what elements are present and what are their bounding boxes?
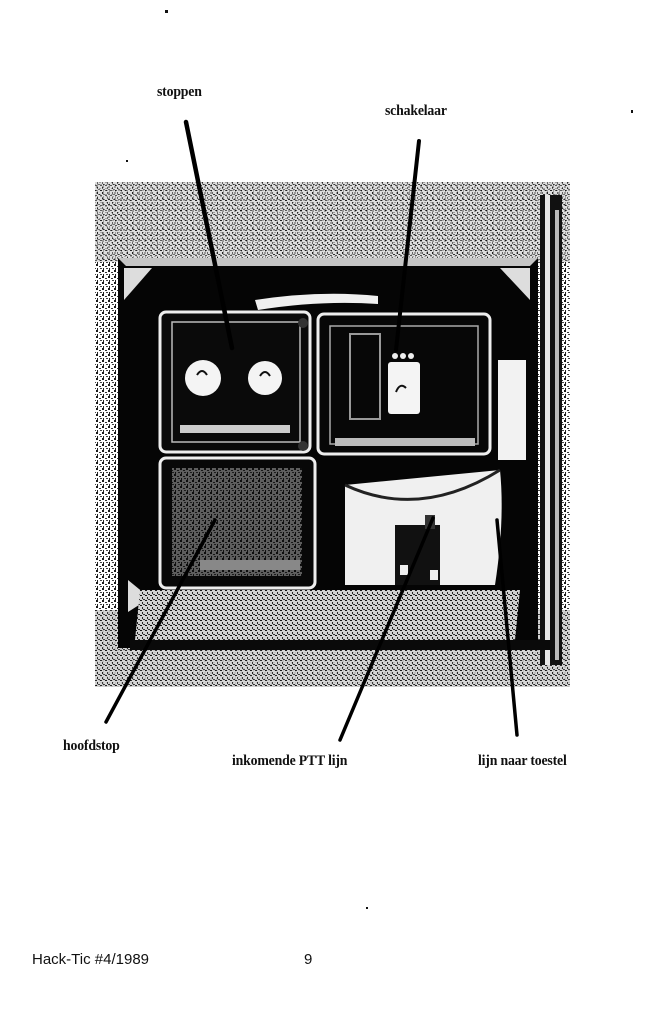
label-schakelaar: schakelaar <box>385 103 447 120</box>
scan-speck <box>126 160 128 162</box>
scan-speck <box>165 10 168 13</box>
document-page: stoppen schakelaar hoofdstop inkomende P… <box>0 0 652 1011</box>
footer-page-number: 9 <box>304 951 312 968</box>
cabinet-photo <box>0 0 652 1011</box>
scan-speck <box>366 907 368 909</box>
label-inkomende-ptt-lijn: inkomende PTT lijn <box>232 753 347 770</box>
scan-speck <box>631 110 633 113</box>
footer-publication: Hack-Tic #4/1989 <box>32 951 149 968</box>
label-lijn-naar-toestel: lijn naar toestel <box>478 753 567 770</box>
label-hoofdstop: hoofdstop <box>63 738 120 755</box>
label-stoppen: stoppen <box>157 84 202 101</box>
